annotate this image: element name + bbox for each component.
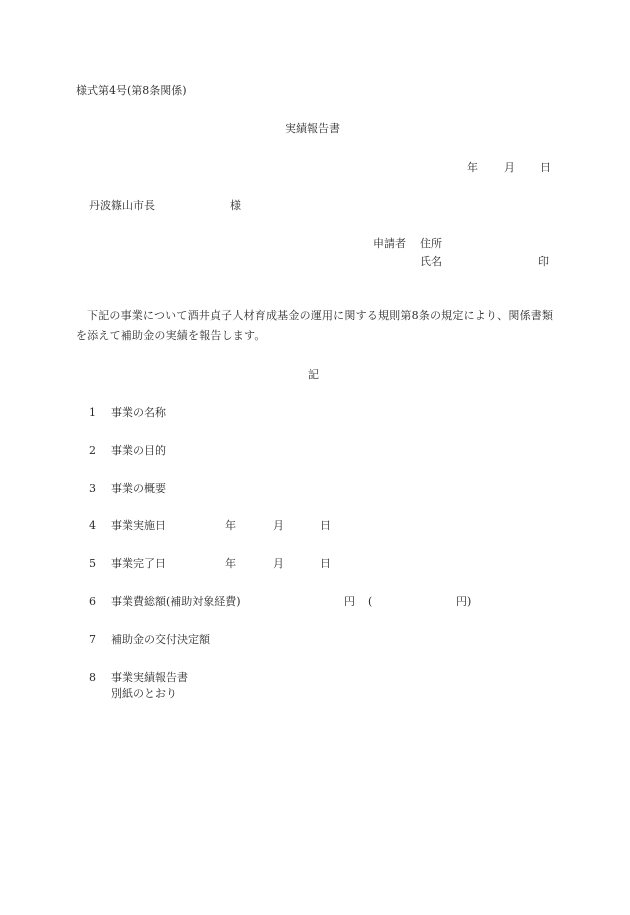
item-label: 事業完了日 xyxy=(111,557,166,570)
item-label: 事業の目的 xyxy=(111,444,166,457)
date-day: 日 xyxy=(540,162,551,173)
date-year: 年 xyxy=(467,162,478,173)
addressee-name: 丹波篠山市長 xyxy=(89,200,155,211)
seal-mark: 印 xyxy=(538,256,549,267)
item-number: 1 xyxy=(89,407,111,418)
item-number: 2 xyxy=(89,445,111,456)
ki-heading: 記 xyxy=(308,369,319,380)
item-4-day: 日 xyxy=(320,520,331,531)
date-month: 月 xyxy=(504,162,515,173)
applicant-address-label: 住所 xyxy=(420,238,442,249)
item-8-sub: 別紙のとおり xyxy=(111,688,177,699)
item-number: 3 xyxy=(89,483,111,494)
item-7: 7補助金の交付決定額 xyxy=(89,634,210,645)
item-6-yen: 円 xyxy=(344,596,355,607)
item-number: 7 xyxy=(89,634,111,645)
item-label: 補助金の交付決定額 xyxy=(111,633,210,646)
item-5-month: 月 xyxy=(273,558,284,569)
form-number: 様式第4号(第8条関係) xyxy=(76,85,187,96)
item-number: 8 xyxy=(89,672,111,683)
item-number: 5 xyxy=(89,558,111,569)
addressee-honorific: 様 xyxy=(230,200,241,211)
item-label: 事業の概要 xyxy=(111,482,166,495)
item-number: 6 xyxy=(89,596,111,607)
item-5-day: 日 xyxy=(320,558,331,569)
body-paragraph: 下記の事業について酒井貞子人材育成基金の運用に関する規則第8条の規定により、関係… xyxy=(76,306,554,346)
item-6-yen-close: 円) xyxy=(456,596,471,607)
item-4-year: 年 xyxy=(225,520,236,531)
item-6-paren-open: ( xyxy=(368,596,372,607)
item-1: 1事業の名称 xyxy=(89,407,166,418)
applicant-label: 申請者 xyxy=(373,238,406,249)
applicant-name-label: 氏名 xyxy=(420,256,442,267)
item-4-month: 月 xyxy=(273,520,284,531)
item-label: 事業の名称 xyxy=(111,406,166,419)
document-title: 実績報告書 xyxy=(285,123,340,134)
item-3: 3事業の概要 xyxy=(89,483,166,494)
item-label: 事業費総額(補助対象経費) xyxy=(111,595,241,608)
item-number: 4 xyxy=(89,520,111,531)
item-5-year: 年 xyxy=(225,558,236,569)
item-2: 2事業の目的 xyxy=(89,445,166,456)
item-label: 事業実績報告書 xyxy=(111,671,188,684)
item-label: 事業実施日 xyxy=(111,519,166,532)
